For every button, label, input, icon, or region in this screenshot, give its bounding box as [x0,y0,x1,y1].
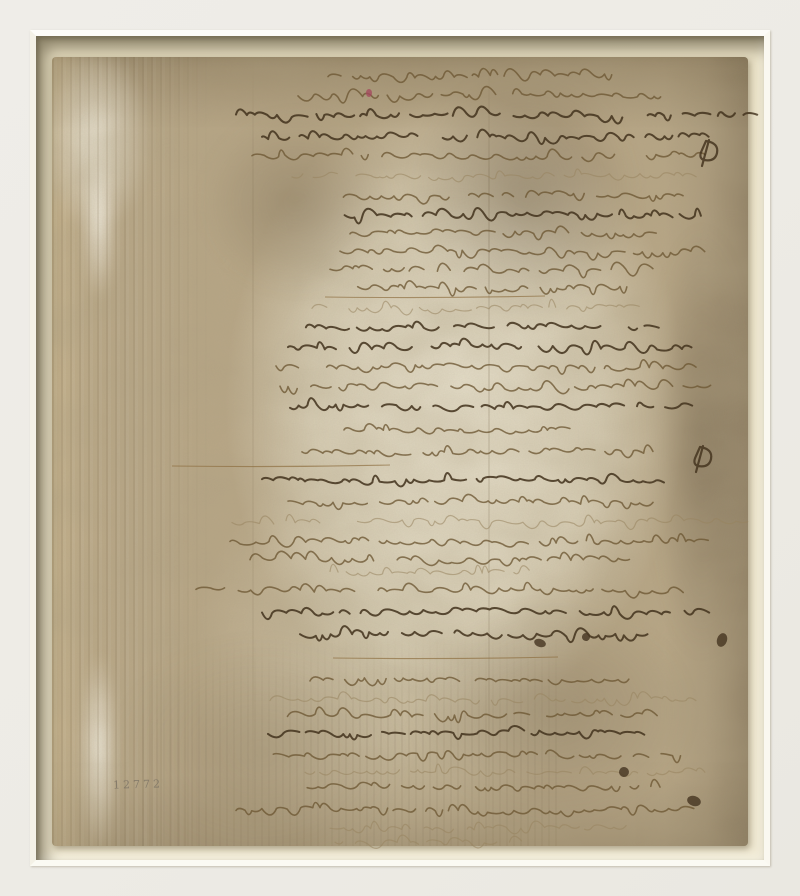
photo-background: 12772 [0,0,800,896]
pencil-inventory-number: 12772 [113,777,163,791]
paper-texture [52,57,748,846]
manuscript-sheet [52,57,748,846]
